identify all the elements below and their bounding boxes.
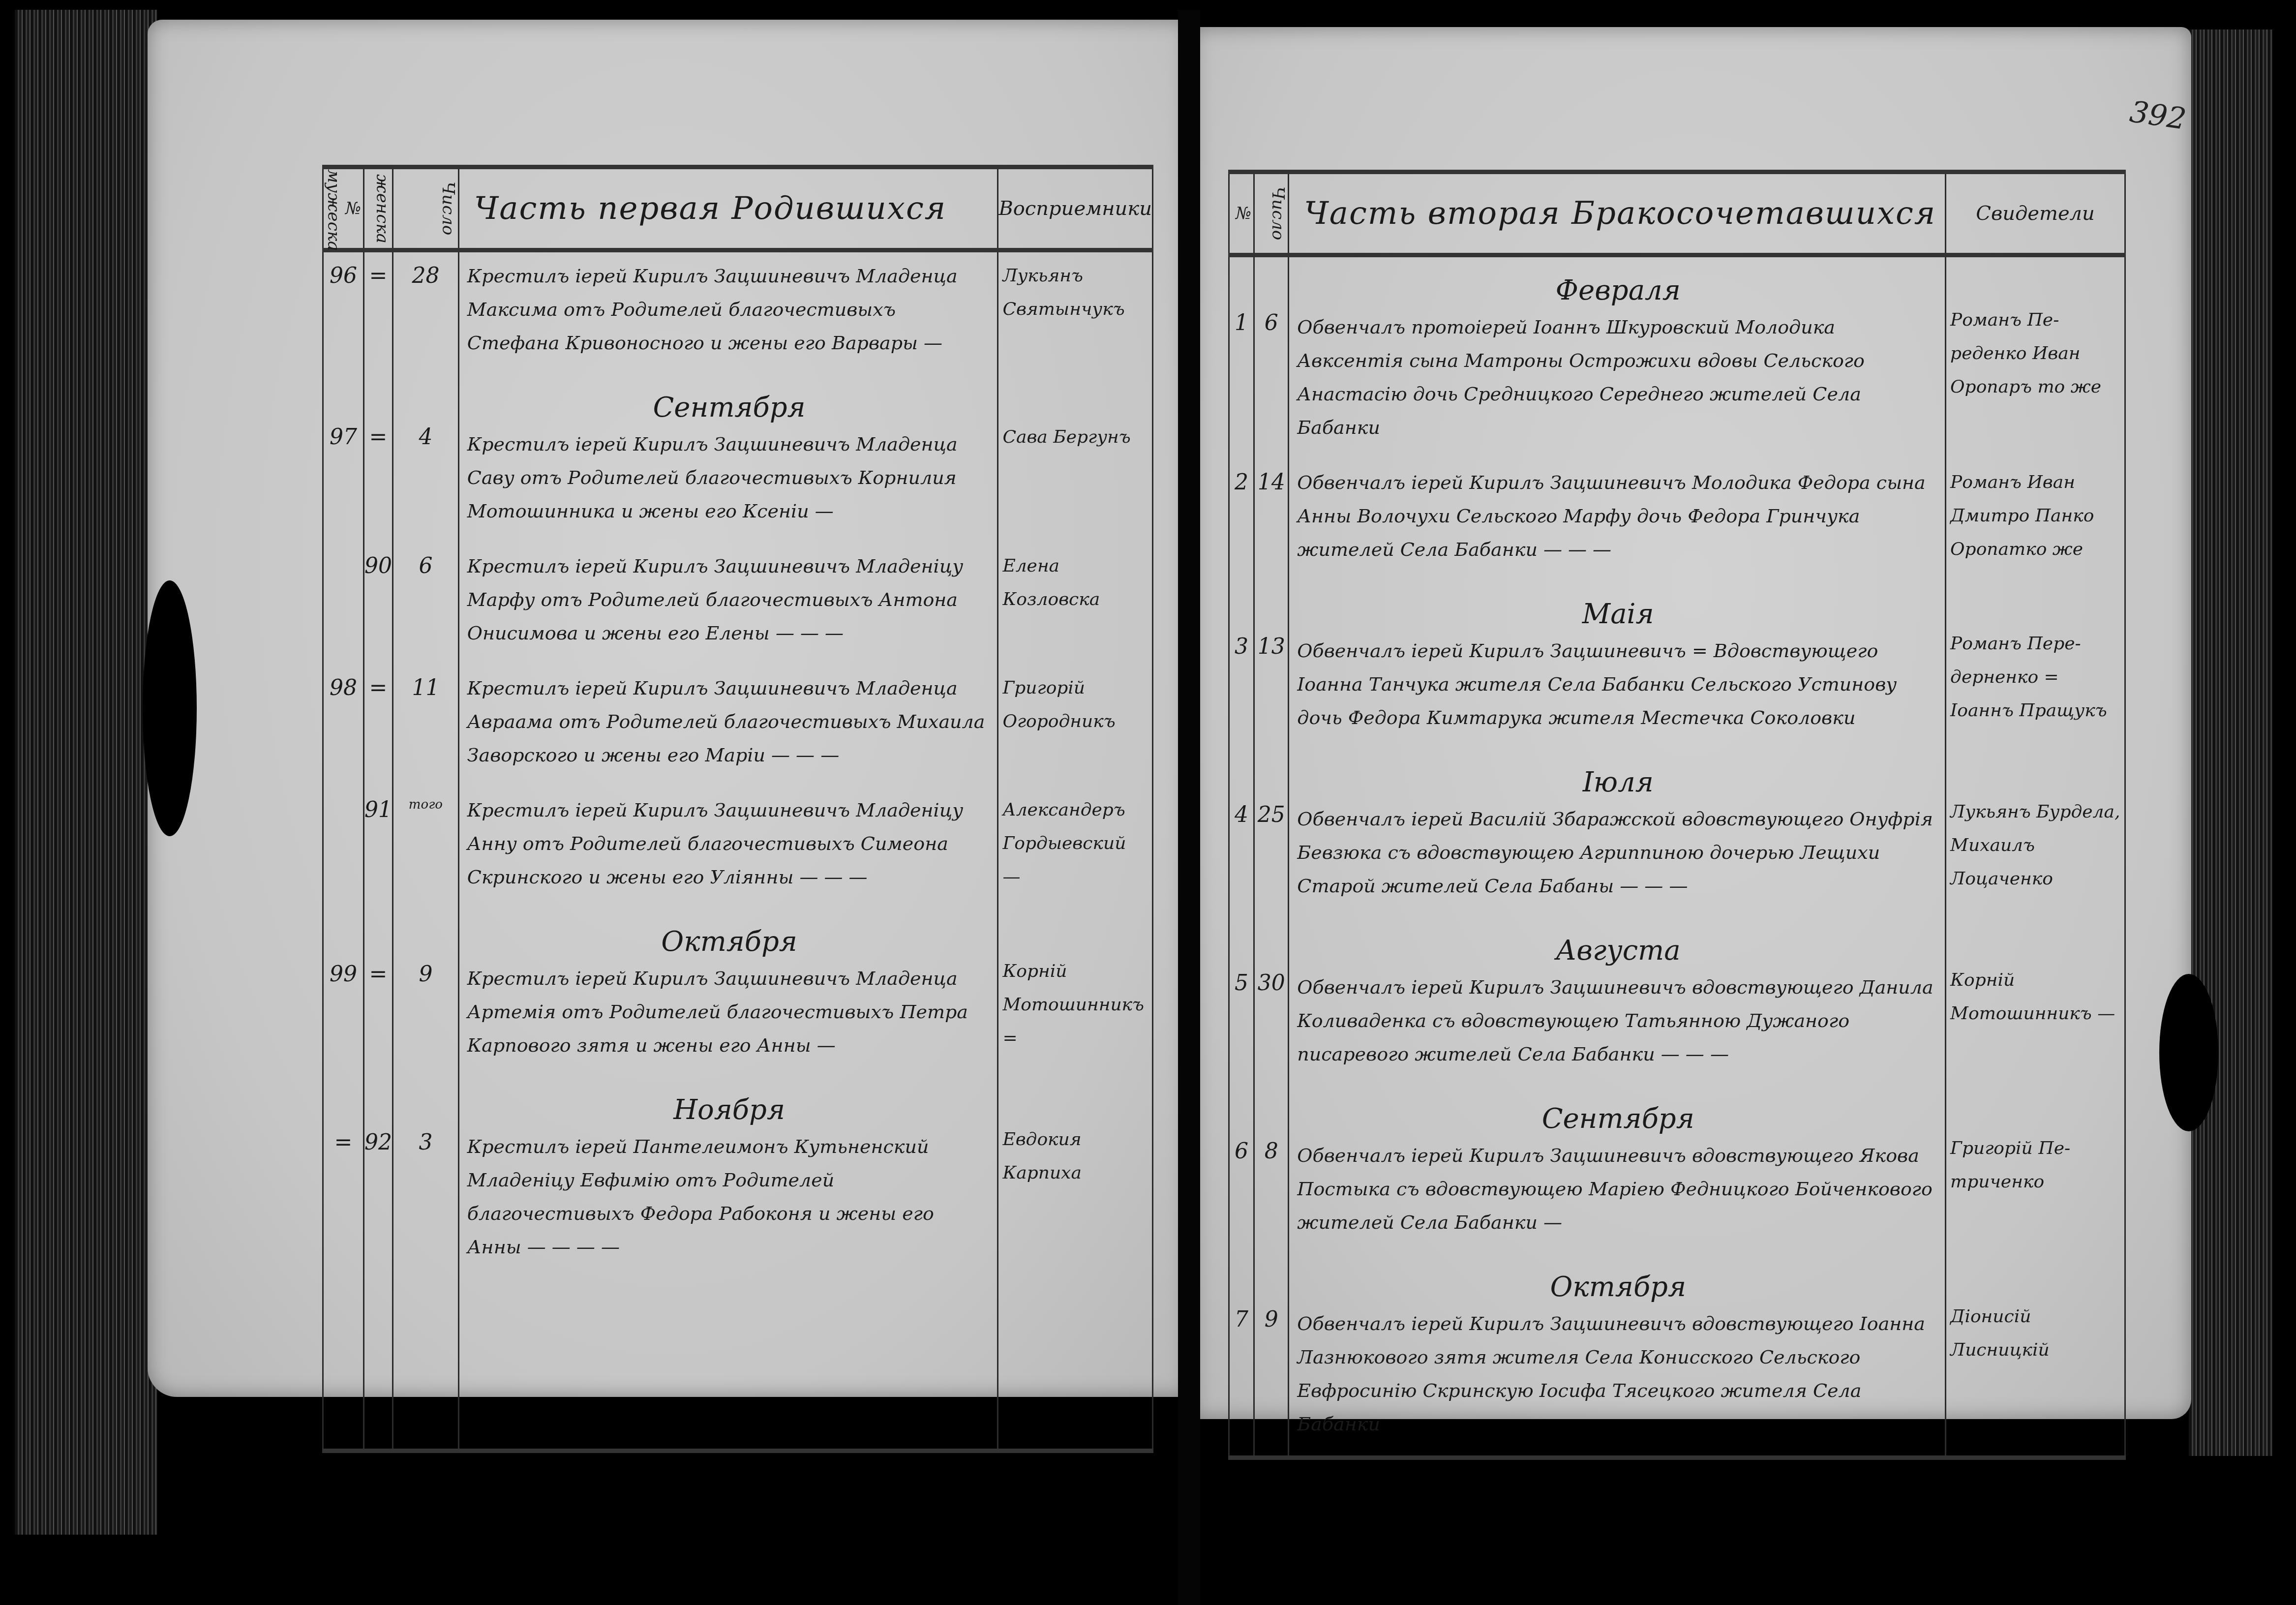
godparents-cell: Евдокия Карпиха [998, 1077, 1153, 1451]
table-row: 97 = 4 СентябряКрестилъ iерей Кирилъ Зац… [323, 374, 1153, 543]
male-number: 97 [323, 374, 364, 543]
godparents-cell: Александеръ Гордыевский — [998, 787, 1153, 908]
month-heading-october: Октября [1297, 1261, 1939, 1307]
marriage-entry-text: Обвенчалъ iерей Василiй Збаражской вдовс… [1297, 808, 1933, 897]
female-number: 90 [364, 543, 393, 665]
month-heading-february: Февраля [1297, 264, 1939, 310]
table-row: 99 = 9 ОктябряКрестилъ iерей Кирилъ Зацш… [323, 908, 1153, 1077]
day-cell: 11 [393, 665, 459, 787]
marriage-entry-text: Обвенчалъ iерей Кирилъ Зацшиневичъ Молод… [1289, 459, 1946, 581]
table-row: = 92 3 НоябряКрестилъ iерей Пантелеимонъ… [323, 1077, 1153, 1451]
marriage-entry: СентябряОбвенчалъ iерей Кирилъ Зацшиневи… [1289, 1086, 1946, 1254]
marriage-entry: АвгустаОбвенчалъ iерей Кирилъ Зацшиневич… [1289, 917, 1946, 1086]
book-gutter [1178, 10, 1200, 1605]
marriage-entry-text: Обвенчалъ iерей Кирилъ Зацшиневичъ вдовс… [1297, 1145, 1933, 1233]
entry-number: 5 [1229, 917, 1254, 1086]
marriage-entry-text: Обвенчалъ iерей Кирилъ Зацшиневичъ = Вдо… [1297, 640, 1897, 728]
day-cell: 4 [393, 374, 459, 543]
male-number: 99 [323, 908, 364, 1077]
day-cell: 6 [1254, 255, 1289, 459]
table-row: 3 13 МаiяОбвенчалъ iерей Кирилъ Зацшинев… [1229, 581, 2125, 749]
day-cell: 9 [393, 908, 459, 1077]
marriage-entry-text: Обвенчалъ iерей Кирилъ Зацшиневичъ вдовс… [1297, 1313, 1925, 1435]
col-male-header: № мужеска [323, 167, 364, 250]
day-cell: 25 [1254, 749, 1289, 917]
right-clip-shadow [2159, 974, 2218, 1131]
day-cell: 14 [1254, 459, 1289, 581]
entry-number: 3 [1229, 581, 1254, 749]
female-number: = [364, 374, 393, 543]
entry-number: 2 [1229, 459, 1254, 581]
godparents-cell: Корнiй Мотошинникъ = [998, 908, 1153, 1077]
baptism-entry: СентябряКрестилъ iерей Кирилъ Зацшиневич… [458, 374, 998, 543]
entry-number: 1 [1229, 255, 1254, 459]
day-cell: 30 [1254, 917, 1289, 1086]
male-number: 96 [323, 250, 364, 375]
godparents-cell: Сава Бергунъ [998, 374, 1153, 543]
marriage-entry: МаiяОбвенчалъ iерей Кирилъ Зацшиневичъ =… [1289, 581, 1946, 749]
table-row: 1 6 ФевраляОбвенчалъ протоiерей Iоаннъ Ш… [1229, 255, 2125, 459]
baptism-entry: ОктябряКрестилъ iерей Кирилъ Зацшиневичъ… [458, 908, 998, 1077]
month-heading-october: Октября [467, 915, 992, 962]
marriage-entry-text: Обвенчалъ iерей Кирилъ Зацшиневичъ вдовс… [1297, 976, 1933, 1065]
witnesses-cell: Корнiй Мотошинникъ — [1946, 917, 2125, 1086]
col-godparents-header: Восприемники [998, 167, 1153, 250]
marriage-entry: ОктябряОбвенчалъ iерей Кирилъ Зацшиневич… [1289, 1254, 1946, 1458]
female-number: 91 [364, 787, 393, 908]
col-day-header: Число [393, 167, 459, 250]
entry-number: 6 [1229, 1086, 1254, 1254]
male-number [323, 543, 364, 665]
col-female-header: женска [364, 167, 393, 250]
births-register-table: № мужеска женска Число Часть первая Роди… [322, 165, 1153, 1453]
day-cell: того [393, 787, 459, 908]
male-number: = [323, 1077, 364, 1451]
baptism-entry-text: Крестилъ iерей Кирилъ Зацшиневичъ Младен… [458, 665, 998, 787]
baptism-entry-text: Крестилъ iерей Пантелеимонъ Кутьненский … [467, 1136, 934, 1258]
table-header-row: № мужеска женска Число Часть первая Роди… [323, 167, 1153, 250]
day-cell: 6 [393, 543, 459, 665]
godparents-cell: Елена Козловска [998, 543, 1153, 665]
baptism-entry-text: Крестилъ iерей Кирилъ Зацшиневичъ Младен… [458, 250, 998, 375]
witnesses-cell: Романъ Пе­реденко Иван Оро­паръ то же [1946, 255, 2125, 459]
witnesses-cell: Лукьянъ Бур­дела, Михаилъ Лоцаченко [1946, 749, 2125, 917]
godparents-cell: Лукьянъ Святынчукъ [998, 250, 1153, 375]
day-cell: 28 [393, 250, 459, 375]
marriage-entry: IюляОбвенчалъ iерей Василiй Збаражской в… [1289, 749, 1946, 917]
table-row: 98 = 11 Крестилъ iерей Кирилъ Зацшиневич… [323, 665, 1153, 787]
table-row: 7 9 ОктябряОбвенчалъ iерей Кирилъ Зацшин… [1229, 1254, 2125, 1458]
witnesses-cell: Романъ Иван Дмитро Панко Оропатко же [1946, 459, 2125, 581]
table-row: 91 того Крестилъ iерей Кирилъ Зацшиневич… [323, 787, 1153, 908]
witnesses-cell: Григорiй Пе­триченко [1946, 1086, 2125, 1254]
baptism-entry-text: Крестилъ iерей Кирилъ Зацшиневичъ Младен… [458, 787, 998, 908]
marriage-entry: ФевраляОбвенчалъ протоiерей Iоаннъ Шкуро… [1289, 255, 1946, 459]
female-number: = [364, 250, 393, 375]
table-row: 2 14 Обвенчалъ iерей Кирилъ Зацшиневичъ … [1229, 459, 2125, 581]
month-heading-july: Iюля [1297, 756, 1939, 802]
witnesses-cell: Романъ Пере­дерненко = Iоаннъ Пращукъ [1946, 581, 2125, 749]
female-number: = [364, 908, 393, 1077]
marriages-register-table: № Число Часть вторая Бракосочетавшихся С… [1228, 170, 2126, 1460]
table-row: 6 8 СентябряОбвенчалъ iерей Кирилъ Зацши… [1229, 1086, 2125, 1254]
baptism-entry-text: Крестилъ iерей Кирилъ Зацшиневичъ Младен… [467, 433, 958, 522]
table-header-row: № Число Часть вторая Бракосочетавшихся С… [1229, 172, 2125, 255]
col-day-header: Число [1254, 172, 1289, 255]
witnesses-cell: Дiонисiй Лисницкiй [1946, 1254, 2125, 1458]
baptism-entry-text: Крестилъ iерей Кирилъ Зацшиневичъ Младен… [467, 968, 968, 1056]
marriages-section-title: Часть вторая Бракосочетавшихся [1289, 172, 1946, 255]
col-number-header: № [1229, 172, 1254, 255]
table-row: 90 6 Крестилъ iерей Кирилъ Зацшиневичъ М… [323, 543, 1153, 665]
entry-number: 7 [1229, 1254, 1254, 1458]
day-cell: 3 [393, 1077, 459, 1451]
female-number: 92 [364, 1077, 393, 1451]
left-clip-shadow [143, 580, 197, 836]
godparents-cell: Григорiй Огородникъ [998, 665, 1153, 787]
female-number: = [364, 665, 393, 787]
day-cell: 13 [1254, 581, 1289, 749]
day-cell: 9 [1254, 1254, 1289, 1458]
baptism-entry: НоябряКрестилъ iерей Пантелеимонъ Кутьне… [458, 1077, 998, 1451]
month-heading-may: Маiя [1297, 588, 1939, 634]
month-heading-september: Сентября [1297, 1092, 1939, 1139]
male-number: 98 [323, 665, 364, 787]
male-number [323, 787, 364, 908]
entry-number: 4 [1229, 749, 1254, 917]
left-book-edge [15, 10, 157, 1535]
marriage-entry-text: Обвенчалъ протоiерей Iоаннъ Шкуровский М… [1297, 316, 1865, 438]
month-heading-november: Ноября [467, 1084, 992, 1130]
table-row: 4 25 IюляОбвенчалъ iерей Василiй Збаражс… [1229, 749, 2125, 917]
table-row: 96 = 28 Крестилъ iерей Кирилъ Зацшиневич… [323, 250, 1153, 375]
month-heading-august: Августа [1297, 924, 1939, 970]
baptism-entry-text: Крестилъ iерей Кирилъ Зацшиневичъ Младен… [458, 543, 998, 665]
births-section-title: Часть первая Родившихся [458, 167, 998, 250]
day-cell: 8 [1254, 1086, 1289, 1254]
right-book-edge [2189, 30, 2272, 1456]
month-heading-september: Сентября [467, 381, 992, 427]
table-row: 5 30 АвгустаОбвенчалъ iерей Кирилъ Зацши… [1229, 917, 2125, 1086]
col-witnesses-header: Свидетели [1946, 172, 2125, 255]
